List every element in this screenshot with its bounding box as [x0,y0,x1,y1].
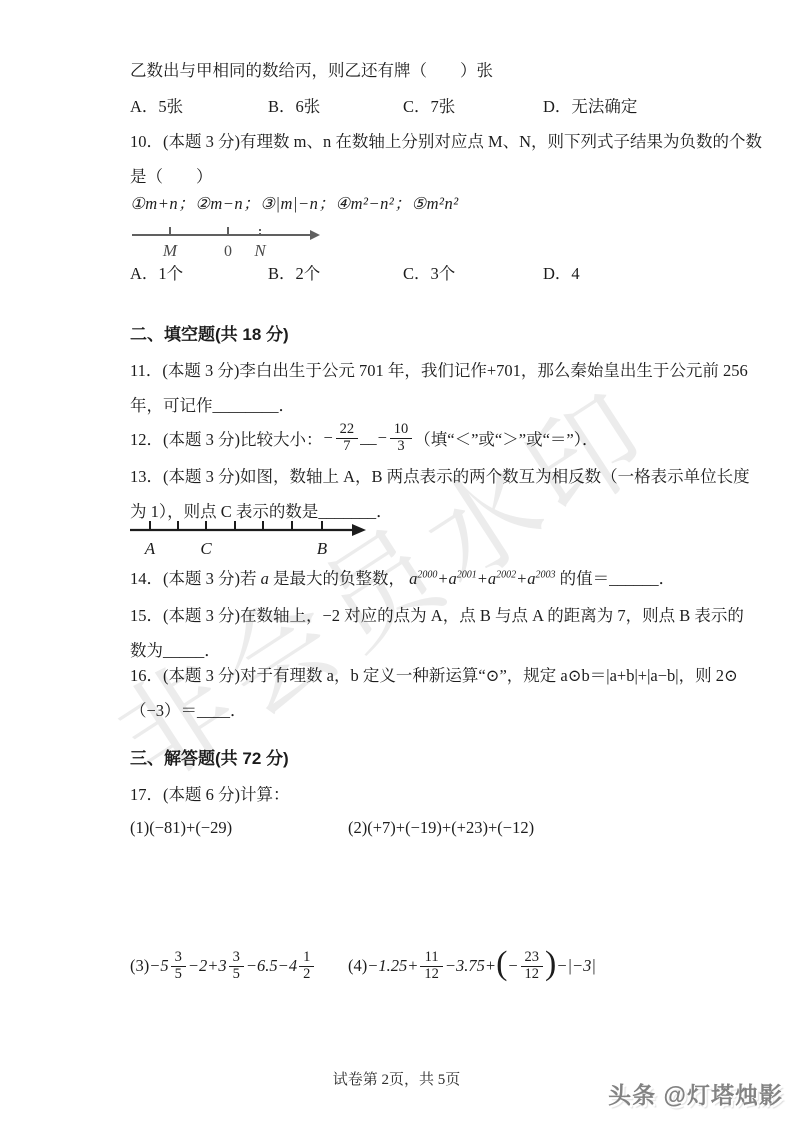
question-10-option-a: A．1个 [130,260,183,284]
fraction-23-12: 2312 [521,950,544,983]
question-14-prefix2: 是最大的负整数， [273,569,405,588]
question-15-line1: 15．(本题 3 分)在数轴上，−2 对应的点为 A，点 B 与点 A 的距离为… [130,602,744,626]
exam-paper-page: 非会员水印 乙数出与甲相同的数给丙，则乙还有牌（ ）张 A．5张 B．6张 C．… [0,0,793,1122]
question-10-expressions: ①m+n；②m−n；③|m|−n；④m²−n²；⑤m²n² [130,190,459,214]
question-9-options: A．5张 B．6张 C．7张 D．无法确定 [130,93,730,121]
question-10-options: A．1个 B．2个 C．3个 D．4 [130,260,730,288]
question-17-part4: (4) −1.25+ 1112 −3.75+ ( − 2312 ) −|−3| [348,942,596,990]
question-9-option-c: C．7张 [403,93,455,117]
question-9-option-a: A．5张 [130,93,183,117]
question-11-line1: 11．(本题 3 分)李白出生于公元 701 年，我们记作+701，那么秦始皇出… [130,357,748,381]
question-14-prefix: 14．(本题 3 分)若 [130,569,257,588]
question-17-part3: (3) −5 35 −2+3 35 −6.5−4 12 [130,942,316,990]
question-9-option-b: B．6张 [268,93,320,117]
question-15-line2: 数为_____． [130,637,221,661]
answer-blank: __ [360,428,377,448]
question-9-option-d: D．无法确定 [543,93,637,117]
question-14-formula: a2000+a2001+a2002+a2003 [409,569,560,588]
point-label-m: M [162,241,178,260]
fraction-22-7: 227 [336,422,359,455]
fraction-3-5: 35 [229,950,244,983]
question-10-stem: 10．(本题 3 分)有理数 m、n 在数轴上分别对应点 M、N，则下列式子结果… [130,128,762,152]
arrowhead-icon [352,524,366,536]
question-13-line1: 13．(本题 3 分)如图，数轴上 A，B 两点表示的两个数互为相反数（一格表示… [130,463,750,487]
question-17-part2: (2)(+7)+(−19)+(+23)+(−12) [348,818,534,838]
part4-label: (4) [348,956,367,976]
question-9-stem: 乙数出与甲相同的数给丙，则乙还有牌（ ）张 [130,57,493,81]
question-10-option-c: C．3个 [403,260,455,284]
question-17-stem: 17．(本题 6 分)计算： [130,781,290,805]
origin-label: 0 [224,243,232,260]
question-10-stem-line2: 是（ ） [130,163,213,187]
page-content: 乙数出与甲相同的数给丙，则乙还有牌（ ）张 A．5张 B．6张 C．7张 D．无… [0,0,793,1122]
section-2-title: 二、填空题(共 18 分) [130,320,289,345]
corner-watermark: 头条 @灯塔烛影 [608,1077,783,1110]
fraction-10-3: 103 [390,422,413,455]
question-16-line2: （−3）＝____． [130,697,247,721]
question-14: 14．(本题 3 分)若 a 是最大的负整数， a2000+a2001+a200… [130,565,675,589]
minus-sign: − [377,428,388,448]
point-label-n: N [253,241,267,260]
question-11-line2: 年，可记作________． [130,392,295,416]
part3-label: (3) [130,956,149,976]
question-14-suffix: 的值＝______． [560,569,676,588]
question-17-part1: (1)(−81)+(−29) [130,818,232,838]
question-13-number-line: A C B [128,517,368,561]
question-16-line1: 16．(本题 3 分)对于有理数 a，b 定义一种新运算“⊙”，规定 a⊙b＝|… [130,662,738,686]
fraction-3-5: 35 [171,950,186,983]
section-3-title: 三、解答题(共 72 分) [130,744,289,769]
question-12-prefix: 12．(本题 3 分)比较大小： [130,426,323,450]
question-10-option-b: B．2个 [268,260,320,284]
question-10-number-line: M 0 N [130,220,320,264]
variable-a: a [261,569,269,588]
point-label-c: C [200,539,212,558]
minus-sign: − [323,428,334,448]
fraction-1-2: 12 [299,950,314,983]
arrowhead-icon [310,230,320,240]
question-12-suffix: （填“＜”或“＞”或“＝”）． [414,426,598,450]
fraction-11-12: 1112 [420,950,443,983]
point-label-a: A [144,539,156,558]
question-10-option-d: D．4 [543,260,580,284]
question-12: 12．(本题 3 分)比较大小： − 227 __ − 103 （填“＜”或“＞… [130,416,598,460]
point-label-b: B [317,539,328,558]
